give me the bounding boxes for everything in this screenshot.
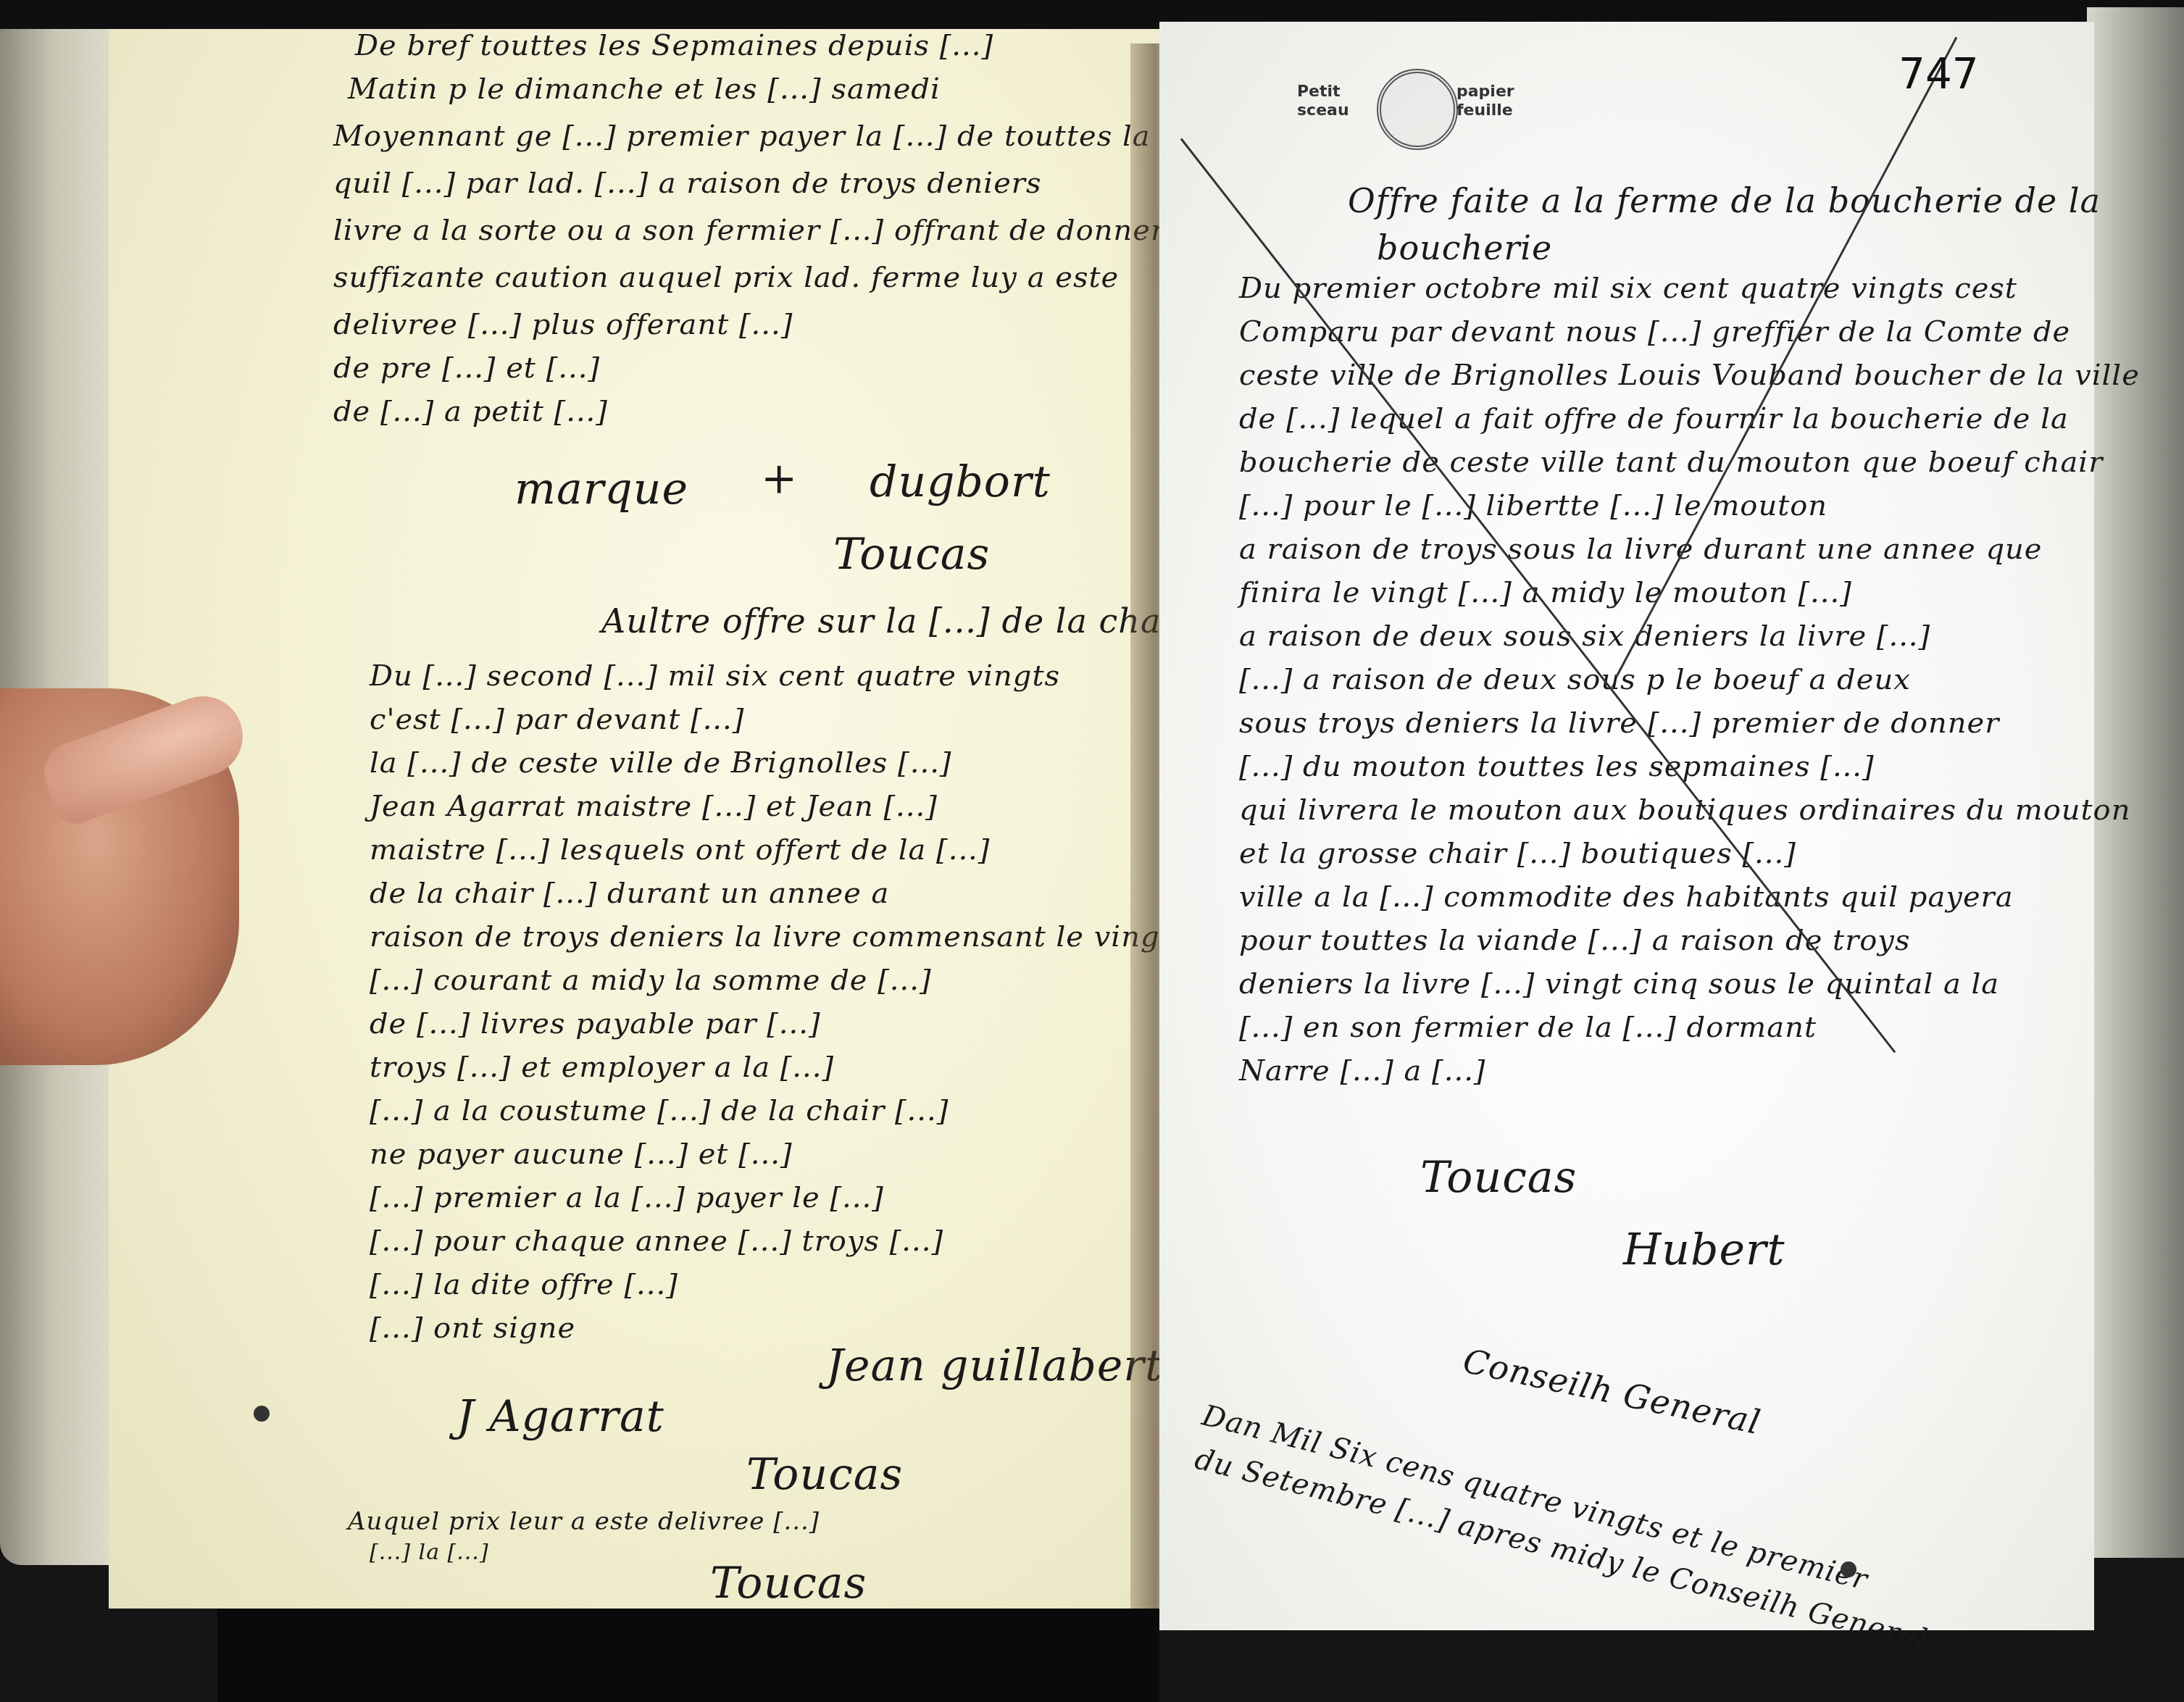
section-title: Aultre offre sur la [...] de la chair — [601, 601, 1189, 641]
stamp-text-left-2: sceau — [1297, 102, 1349, 120]
text-line: Jean Agarrat maistre [...] et Jean [...] — [370, 790, 938, 823]
signature-toucas-closing: Toucas — [710, 1558, 867, 1609]
stamp-text-right-2: feuille — [1456, 102, 1513, 120]
text-line: [...] courant a midy la somme de [...] — [370, 964, 932, 997]
binding-hole — [254, 1406, 270, 1422]
text-line: a raison de deux sous six deniers la liv… — [1239, 620, 1930, 653]
council-line: du Setembre [...] apres midy le Conseilh… — [1191, 1443, 1930, 1657]
text-line: [...] en son fermier de la [...] dormant — [1239, 1011, 1817, 1044]
right-page: Petit sceau papier feuille Offre faite a… — [1159, 22, 2094, 1630]
fleur-de-lis-seal-icon — [1377, 69, 1458, 150]
text-line: de [...] a petit [...] — [333, 395, 608, 428]
text-line: ne payer aucune [...] et [...] — [370, 1138, 793, 1171]
text-line: sous troys deniers la livre [...] premie… — [1239, 706, 1999, 740]
text-line: Du premier octobre mil six cent quatre v… — [1239, 272, 2017, 305]
text-line: et la grosse chair [...] boutiques [...] — [1239, 837, 1796, 870]
text-line: troys [...] et employer a la [...] — [370, 1051, 834, 1084]
text-line: [...] a raison de deux sous p le boeuf a… — [1239, 663, 1911, 696]
page-number: 747 — [1899, 49, 1979, 99]
text-line: de [...] livres payable par [...] — [370, 1007, 821, 1040]
signature-hubert: Hubert — [1623, 1225, 1785, 1275]
background-dark-bottom — [217, 1594, 1159, 1702]
mark-label: marque — [514, 464, 688, 514]
stamp-text-right-1: papier — [1456, 83, 1514, 101]
text-line: [...] du mouton touttes les sepmaines [.… — [1239, 750, 1875, 783]
closing-line: Auquel prix leur a este delivree [...] — [348, 1507, 820, 1536]
text-line: pour touttes la viande [...] a raison de… — [1239, 924, 1911, 957]
text-line: Comparu par devant nous [...] greffier d… — [1239, 315, 2070, 349]
binding-hole — [1841, 1561, 1856, 1577]
text-line: deniers la livre [...] vingt cinq sous l… — [1239, 967, 1999, 1001]
text-line: [...] la dite offre [...] — [370, 1268, 678, 1301]
text-line: [...] pour chaque annee [...] troys [...… — [370, 1225, 943, 1258]
text-line: ville a la [...] commodite des habitants… — [1239, 880, 2014, 914]
text-line: qui livrera le mouton aux boutiques ordi… — [1239, 793, 2130, 827]
tax-stamp: Petit sceau papier feuille — [1297, 69, 1500, 149]
text-line: [...] premier a la [...] payer le [...] — [370, 1181, 884, 1214]
text-line: la [...] de ceste ville de Brignolles [.… — [370, 746, 951, 780]
text-line: boucherie de ceste ville tant du mouton … — [1239, 446, 2103, 479]
council-heading: Conseilh General — [1459, 1341, 1764, 1443]
text-line: Du [...] second [...] mil six cent quatr… — [370, 659, 1060, 693]
stamp-text-left-1: Petit — [1297, 83, 1341, 101]
text-line: [...] a la coustume [...] de la chair [.… — [370, 1094, 949, 1127]
text-line: delivree [...] plus offerant [...] — [333, 308, 793, 341]
signature-agarrat: J Agarrat — [457, 1391, 664, 1442]
text-line: c'est [...] par devant [...] — [370, 703, 744, 736]
text-line: de [...] lequel a fait offre de fournir … — [1239, 402, 2069, 435]
signature-toucas: Toucas — [833, 529, 990, 580]
text-line: raison de troys deniers la livre commens… — [370, 920, 1172, 954]
text-line: [...] pour le [...] libertte [...] le mo… — [1239, 489, 1827, 522]
text-line: de pre [...] et [...] — [333, 351, 600, 385]
text-line: Matin p le dimanche et les [...] samedi — [348, 72, 941, 106]
text-line: Moyennant ge [...] premier payer la [...… — [333, 120, 1214, 153]
mark-name: dugbort — [870, 456, 1051, 507]
text-line: livre a la sorte ou a son fermier [...] … — [333, 214, 1270, 247]
closing-line: [...] la [...] — [370, 1540, 489, 1565]
text-line: Narre [...] a [...] — [1239, 1054, 1485, 1088]
text-line: quil [...] par lad. [...] a raison de tr… — [333, 167, 1041, 200]
text-line: de la chair [...] durant un annee a — [370, 877, 889, 910]
signature-toucas: Toucas — [746, 1449, 903, 1500]
entry-heading-cont: boucherie — [1377, 228, 1552, 267]
text-line: a raison de troys sous la livre durant u… — [1239, 533, 2042, 566]
text-line: suffizante caution auquel prix lad. ferm… — [333, 261, 1119, 294]
cross-mark: + — [761, 453, 798, 504]
signature-toucas: Toucas — [1420, 1152, 1577, 1203]
entry-heading: Offre faite a la ferme de la boucherie d… — [1348, 181, 2101, 220]
text-line: [...] ont signe — [370, 1311, 575, 1345]
book-page-edges-right — [2087, 7, 2184, 1558]
text-line: De bref touttes les Sepmaines depuis [..… — [355, 29, 993, 62]
signature-guillabert: Jean guillabert — [826, 1340, 1163, 1391]
text-line: maistre [...] lesquels ont offert de la … — [370, 833, 990, 867]
left-page: De bref touttes les Sepmaines depuis [..… — [109, 29, 1164, 1609]
